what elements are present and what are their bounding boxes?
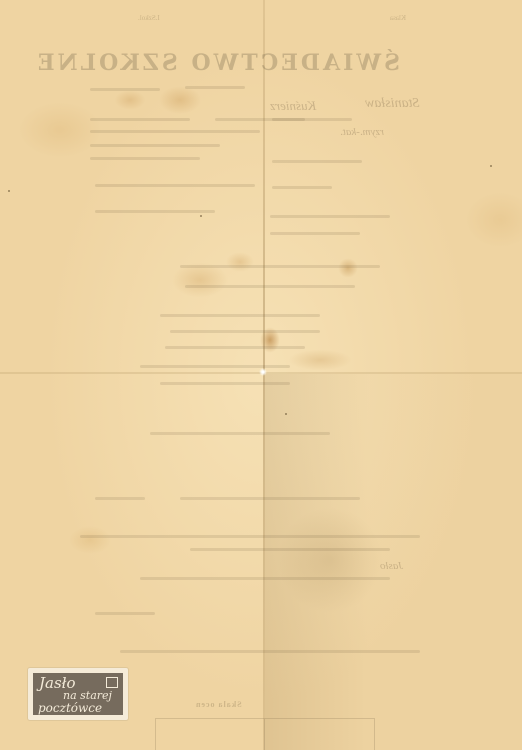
text-line <box>170 330 320 333</box>
text-line <box>140 365 290 368</box>
text-line <box>270 232 360 235</box>
text-line <box>90 88 160 91</box>
text-line <box>90 130 260 133</box>
bleed-through-code: I.Szkol. <box>138 14 160 22</box>
bleed-through-handwriting: Jasło <box>380 560 403 572</box>
document-page: I.Szkol. Klasa ŚWIADECTWO SZKOLNE Stanis… <box>0 0 522 750</box>
text-line <box>90 144 220 147</box>
watermark-line-3: pocztówce <box>38 701 102 715</box>
bleed-through-title: ŚWIADECTWO SZKOLNE <box>138 50 400 76</box>
text-line <box>185 285 355 288</box>
text-line <box>90 157 200 160</box>
text-line <box>272 160 362 163</box>
text-line <box>272 118 352 121</box>
text-line <box>190 548 390 551</box>
watermark-stamp: Jasło na starej pocztówce <box>28 668 128 720</box>
postage-stamp-icon <box>106 677 118 688</box>
text-line <box>95 210 215 213</box>
text-line <box>270 215 390 218</box>
text-line <box>95 497 145 500</box>
bleed-through-handwriting: Stanisław <box>365 96 419 112</box>
text-line <box>150 432 330 435</box>
bleed-through-footer-heading: Skala ocen <box>195 700 242 709</box>
text-line <box>160 382 290 385</box>
paper-speck <box>200 215 202 217</box>
paper-speck <box>490 165 492 167</box>
text-line <box>90 118 190 121</box>
text-line <box>180 497 360 500</box>
text-line <box>160 314 320 317</box>
paper-speck <box>285 413 287 415</box>
text-line <box>180 265 380 268</box>
text-line <box>80 535 420 538</box>
bleed-through-class-label: Klasa <box>390 14 406 22</box>
text-line <box>120 650 420 653</box>
watermark-stamp-body: Jasło na starej pocztówce <box>33 673 123 715</box>
bleed-through-handwriting: Kuśnierz <box>270 98 316 114</box>
bleed-through-handwriting: rzym.-kat. <box>340 126 384 138</box>
fold-intersection-glint <box>259 368 267 376</box>
text-line <box>95 612 155 615</box>
paper-speck <box>8 190 10 192</box>
text-line <box>140 577 390 580</box>
text-line <box>185 86 245 89</box>
text-line <box>95 184 255 187</box>
text-line <box>272 186 332 189</box>
bleed-through-grades-table <box>155 718 375 750</box>
text-line <box>165 346 305 349</box>
